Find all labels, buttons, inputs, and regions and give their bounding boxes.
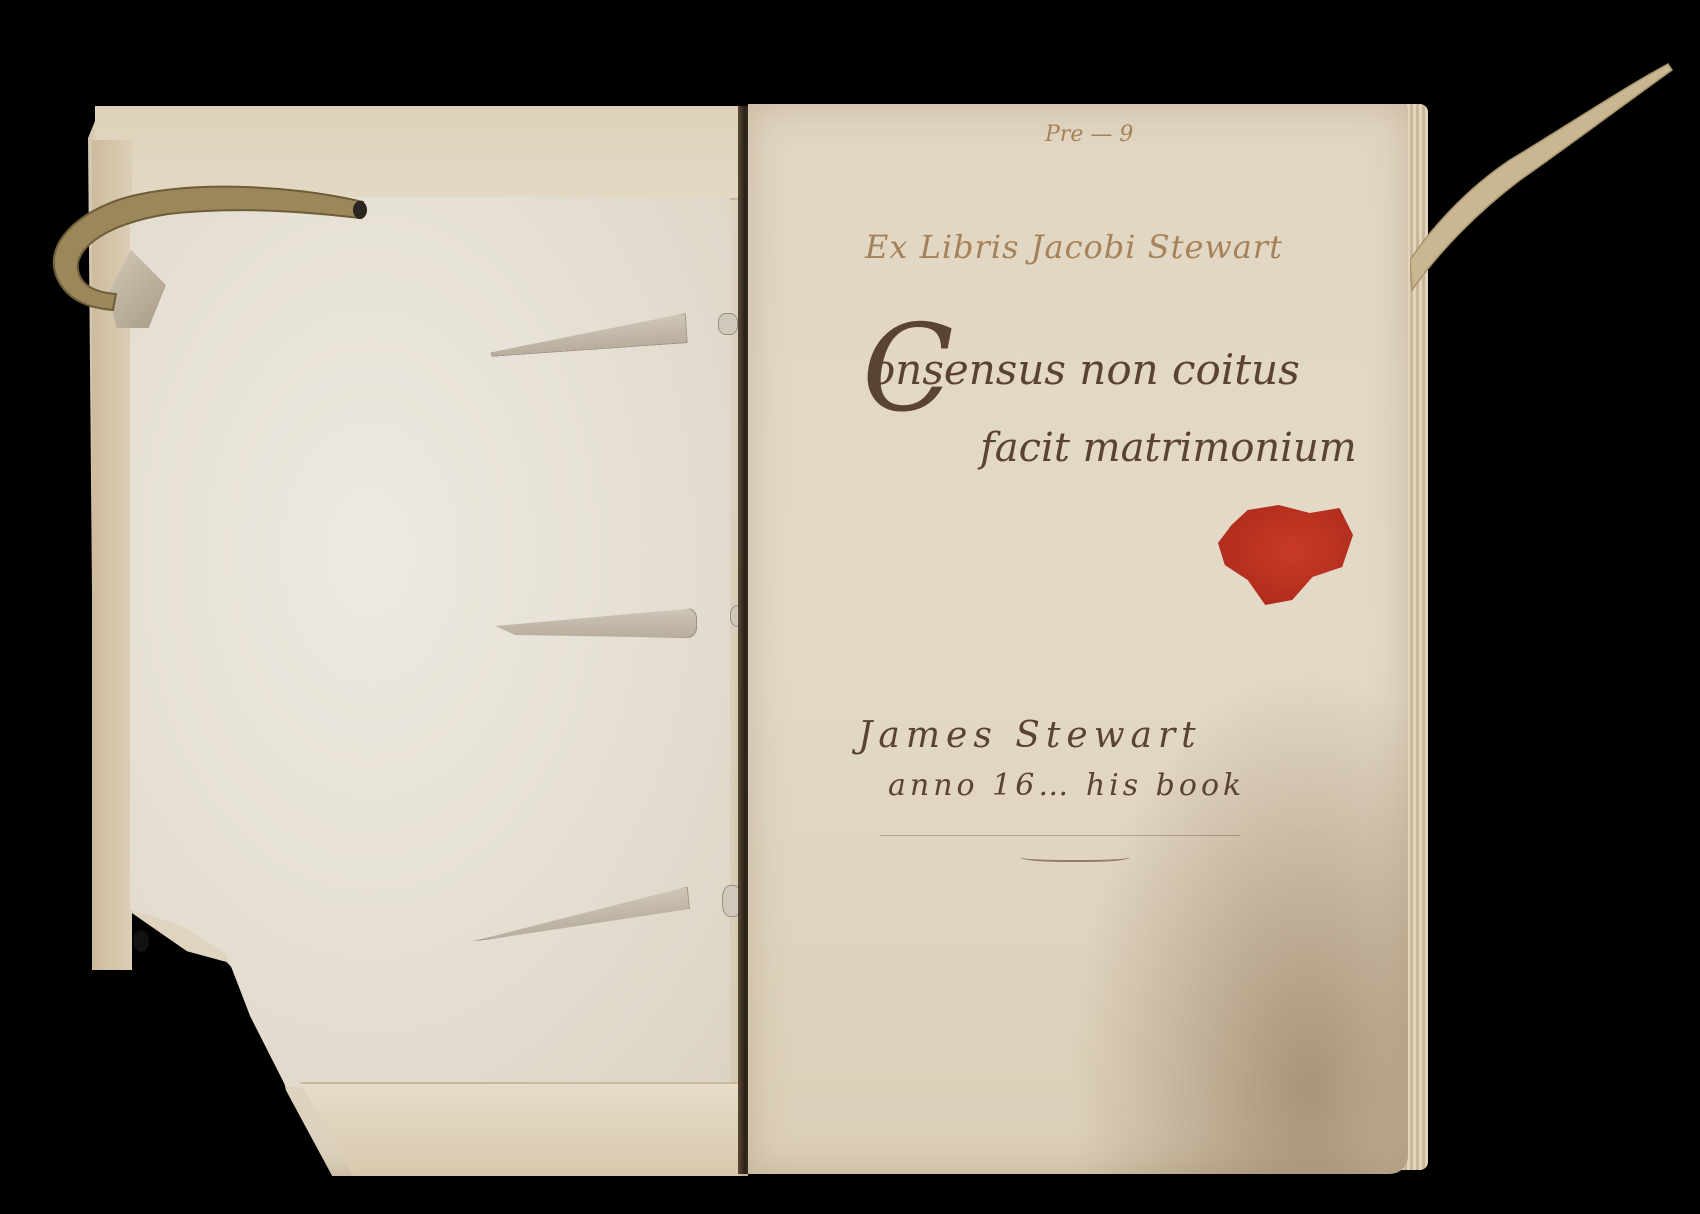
book-photograph: Pre — 9 Ex Libris Jacobi Stewart C onsen… [0,0,1700,1214]
cover-hole [133,930,149,952]
price-inscription: Pre — 9 [1045,122,1133,147]
motto-line-1: onsensus non coitus [870,345,1300,394]
sewing-knot-1 [718,313,738,335]
pen-flourish [1020,850,1130,862]
ex-libris-inscription: Ex Libris Jacobi Stewart [865,228,1283,266]
owner-name: James Stewart [858,715,1202,756]
cover-turn-in-bottom [300,1082,740,1176]
right-leather-tie-icon [1410,60,1680,300]
left-leather-tie-icon [38,170,368,330]
owner-note: anno 16… his book [888,768,1245,803]
motto-line-2: facit matrimonium [980,425,1357,471]
